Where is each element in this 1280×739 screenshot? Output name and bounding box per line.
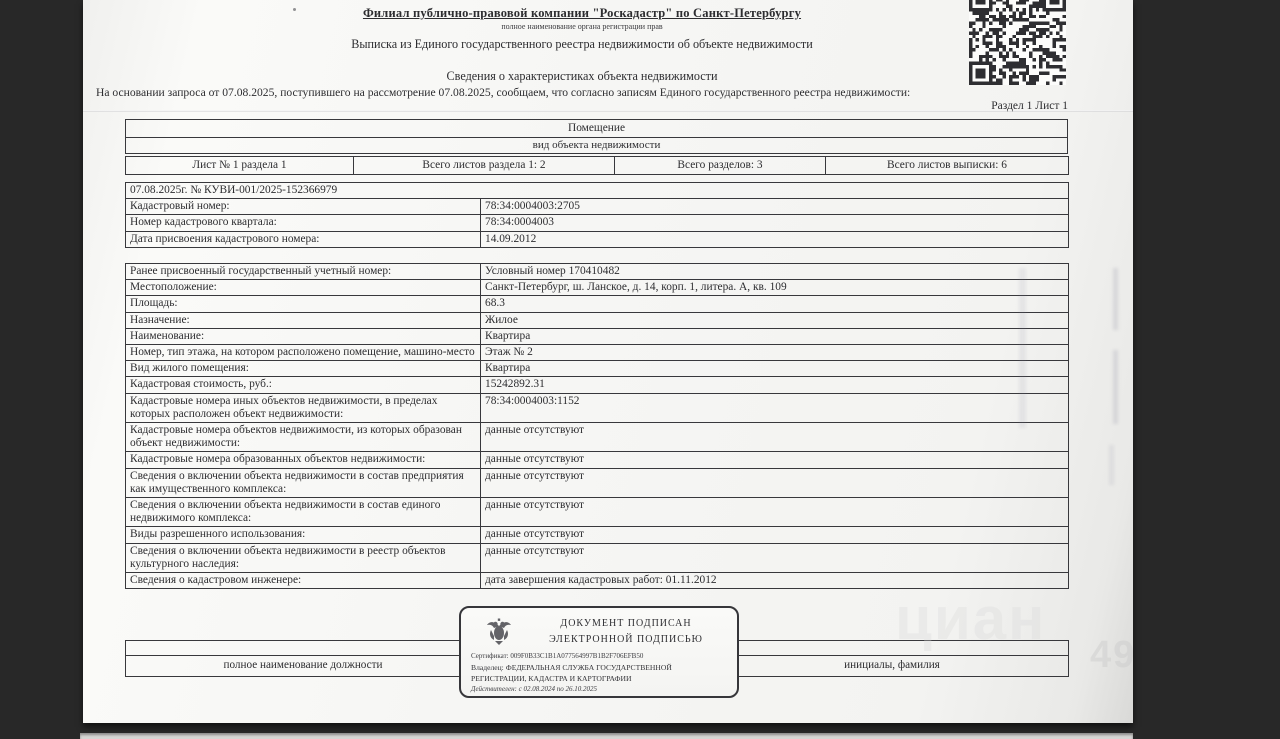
row-value: данные отсутствуют: [481, 527, 1069, 543]
scan-artifact: [1113, 350, 1118, 424]
row-label: Кадастровые номера иных объектов недвижи…: [126, 393, 481, 422]
object-type-cell: Помещение: [126, 120, 1068, 138]
row-value: 15242892.31: [481, 377, 1069, 393]
extract-sheets-cell: Всего листов выписки: 6: [826, 157, 1069, 175]
row-label: Наименование:: [126, 328, 481, 344]
stamp-validity: Действителен: с 02.08.2024 по 26.10.2025: [471, 685, 597, 693]
qr-code-icon: [969, 0, 1066, 85]
site-watermark-number: 49: [1090, 634, 1136, 677]
coat-of-arms-icon: [485, 616, 513, 646]
scan-artifact: [1109, 445, 1114, 485]
row-value: Квартира: [481, 361, 1069, 377]
sheets-summary-table: Лист № 1 раздела 1 Всего листов раздела …: [125, 156, 1069, 175]
row-label: Виды разрешенного использования:: [126, 527, 481, 543]
row-value: данные отсутствуют: [481, 468, 1069, 497]
row-label: Кадастровые номера объектов недвижимости…: [126, 423, 481, 452]
row-label: Номер кадастрового квартала:: [126, 215, 481, 231]
request-ref-cell: 07.08.2025г. № КУВИ-001/2025-152366979: [126, 183, 1069, 199]
row-value: Жилое: [481, 312, 1069, 328]
row-label: Номер, тип этажа, на котором расположено…: [126, 345, 481, 361]
object-type-table: Помещение вид объекта недвижимости: [125, 119, 1068, 154]
row-value: данные отсутствуют: [481, 452, 1069, 468]
row-value: Санкт-Петербург, ш. Ланское, д. 14, корп…: [481, 280, 1069, 296]
row-label: Сведения о кадастровом инженере:: [126, 573, 481, 589]
name-label-cell: инициалы, фамилия: [716, 656, 1069, 677]
next-page-edge: [80, 733, 1133, 739]
row-value: 78:34:0004003: [481, 215, 1069, 231]
org-name-caption: полное наименование органа регистрации п…: [96, 22, 1068, 31]
row-value: данные отсутствуют: [481, 423, 1069, 452]
sections-total-cell: Всего разделов: 3: [615, 157, 826, 175]
stamp-owner-line1: Владелец: ФЕДЕРАЛЬНАЯ СЛУЖБА ГОСУДАРСТВЕ…: [471, 663, 672, 672]
request-statement: На основании запроса от 07.08.2025, пост…: [96, 86, 1068, 99]
row-value: Квартира: [481, 328, 1069, 344]
stamp-certificate: Сертификат: 009F0B33C1B1A077564997B1B2F7…: [471, 652, 643, 660]
document-header: Филиал публично-правовой компании "Роска…: [96, 6, 1068, 84]
section-sheets-cell: Всего листов раздела 1: 2: [354, 157, 615, 175]
row-label: Вид жилого помещения:: [126, 361, 481, 377]
row-value: данные отсутствуют: [481, 498, 1069, 527]
site-watermark-text: циан: [895, 584, 1046, 653]
row-label: Сведения о включении объекта недвижимост…: [126, 468, 481, 497]
row-value: Условный номер 170410482: [481, 264, 1069, 280]
row-label: Назначение:: [126, 312, 481, 328]
stamp-owner-line2: РЕГИСТРАЦИИ, КАДАСТРА И КАРТОГРАФИИ: [471, 674, 631, 683]
sheet-marker: Раздел 1 Лист 1: [125, 100, 1068, 112]
row-label: Местоположение:: [126, 280, 481, 296]
row-label: Площадь:: [126, 296, 481, 312]
image-viewer-background: Филиал публично-правовой компании "Роска…: [0, 0, 1280, 739]
position-label-cell: полное наименование должности: [126, 656, 481, 677]
row-value: 14.09.2012: [481, 231, 1069, 247]
document-title: Выписка из Единого государственного реес…: [96, 37, 1068, 52]
row-value: 78:34:0004003:1152: [481, 393, 1069, 422]
signature-space-cell: [126, 641, 481, 656]
characteristics-table: Ранее присвоенный государственный учетны…: [125, 263, 1069, 589]
row-label: Дата присвоения кадастрового номера:: [126, 231, 481, 247]
row-label: Кадастровая стоимость, руб.:: [126, 377, 481, 393]
row-value: данные отсутствуют: [481, 543, 1069, 572]
stamp-title-line2: ЭЛЕКТРОННОЙ ПОДПИСЬЮ: [521, 634, 731, 645]
row-label: Ранее присвоенный государственный учетны…: [126, 264, 481, 280]
object-type-caption-cell: вид объекта недвижимости: [126, 138, 1068, 154]
row-label: Кадастровый номер:: [126, 199, 481, 215]
scan-artifact: [1019, 268, 1026, 428]
digital-signature-stamp: ДОКУМЕНТ ПОДПИСАН ЭЛЕКТРОННОЙ ПОДПИСЬЮ С…: [459, 606, 739, 698]
row-label: Кадастровые номера образованных объектов…: [126, 452, 481, 468]
row-label: Сведения о включении объекта недвижимост…: [126, 498, 481, 527]
section-title: Сведения о характеристиках объекта недви…: [96, 69, 1068, 84]
scan-artifact: [1113, 268, 1118, 330]
stamp-title-line1: ДОКУМЕНТ ПОДПИСАН: [521, 618, 731, 629]
row-value: 68.3: [481, 296, 1069, 312]
row-value: 78:34:0004003:2705: [481, 199, 1069, 215]
row-label: Сведения о включении объекта недвижимост…: [126, 543, 481, 572]
org-name: Филиал публично-правовой компании "Роска…: [96, 6, 1068, 21]
sheet-number-cell: Лист № 1 раздела 1: [126, 157, 354, 175]
request-number-table: 07.08.2025г. № КУВИ-001/2025-152366979 К…: [125, 182, 1069, 248]
row-value: Этаж № 2: [481, 345, 1069, 361]
